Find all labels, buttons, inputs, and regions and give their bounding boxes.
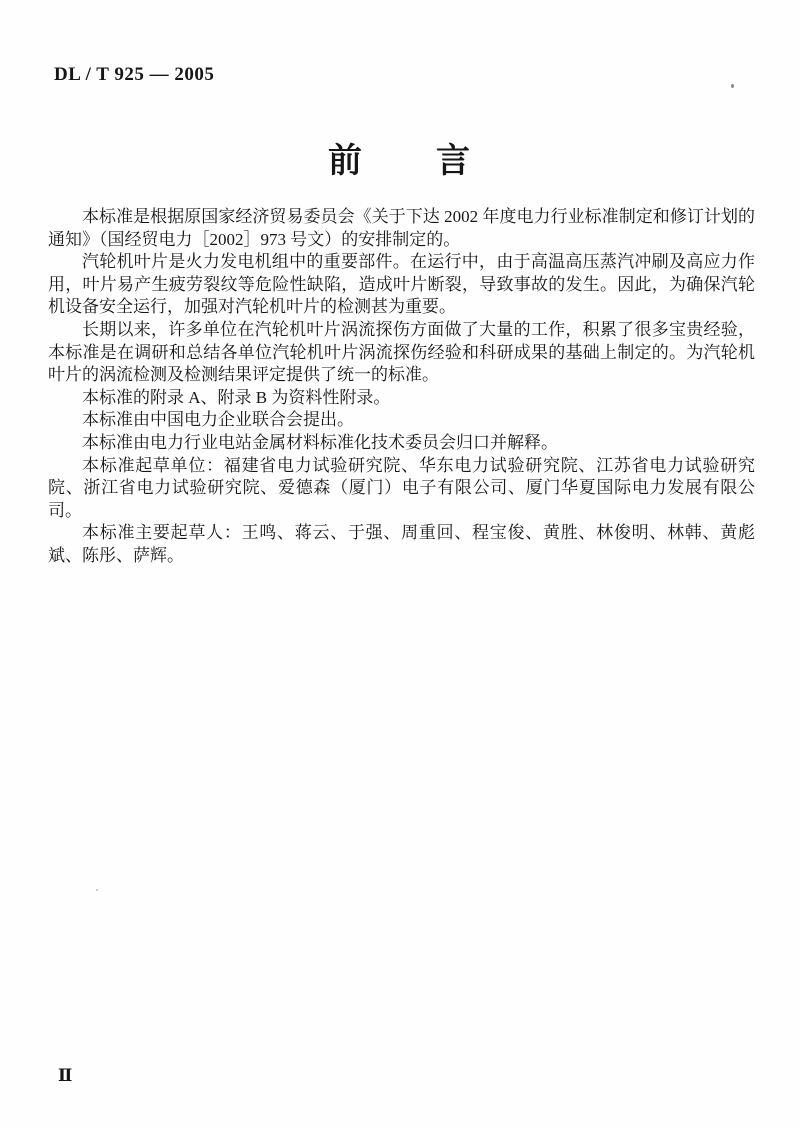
foreword-paragraph: 本标准起草单位：福建省电力试验研究院、华东电力试验研究院、江苏省电力试验研究院、… bbox=[48, 455, 755, 523]
foreword-paragraph: 本标准由中国电力企业联合会提出。 bbox=[48, 409, 755, 432]
page-number: Ⅱ bbox=[58, 1066, 72, 1086]
document-page: DL / T 925 — 2005 前 言 本标准是根据原国家经济贸易委员会《关… bbox=[0, 0, 800, 1129]
scan-artifact-dot bbox=[731, 84, 734, 88]
foreword-paragraph: 本标准是根据原国家经济贸易委员会《关于下达 2002 年度电力行业标准制定和修订… bbox=[48, 206, 755, 251]
foreword-paragraph: 本标准由电力行业电站金属材料标准化技术委员会归口并解释。 bbox=[48, 432, 755, 455]
scan-artifact-dot bbox=[96, 889, 98, 891]
foreword-paragraph: 本标准主要起草人：王鸣、蒋云、于强、周重回、程宝俊、黄胜、林俊明、林韩、黄彪斌、… bbox=[48, 522, 755, 567]
foreword-paragraph: 本标准的附录 A、附录 B 为资料性附录。 bbox=[48, 387, 755, 410]
foreword-paragraph: 汽轮机叶片是火力发电机组中的重要部件。在运行中，由于高温高压蒸汽冲刷及高应力作用… bbox=[48, 251, 755, 319]
foreword-paragraph: 长期以来，许多单位在汽轮机叶片涡流探伤方面做了大量的工作，积累了很多宝贵经验，本… bbox=[48, 319, 755, 387]
foreword-title: 前 言 bbox=[0, 133, 800, 182]
standard-number-header: DL / T 925 — 2005 bbox=[54, 64, 214, 86]
foreword-body: 本标准是根据原国家经济贸易委员会《关于下达 2002 年度电力行业标准制定和修订… bbox=[48, 206, 755, 568]
